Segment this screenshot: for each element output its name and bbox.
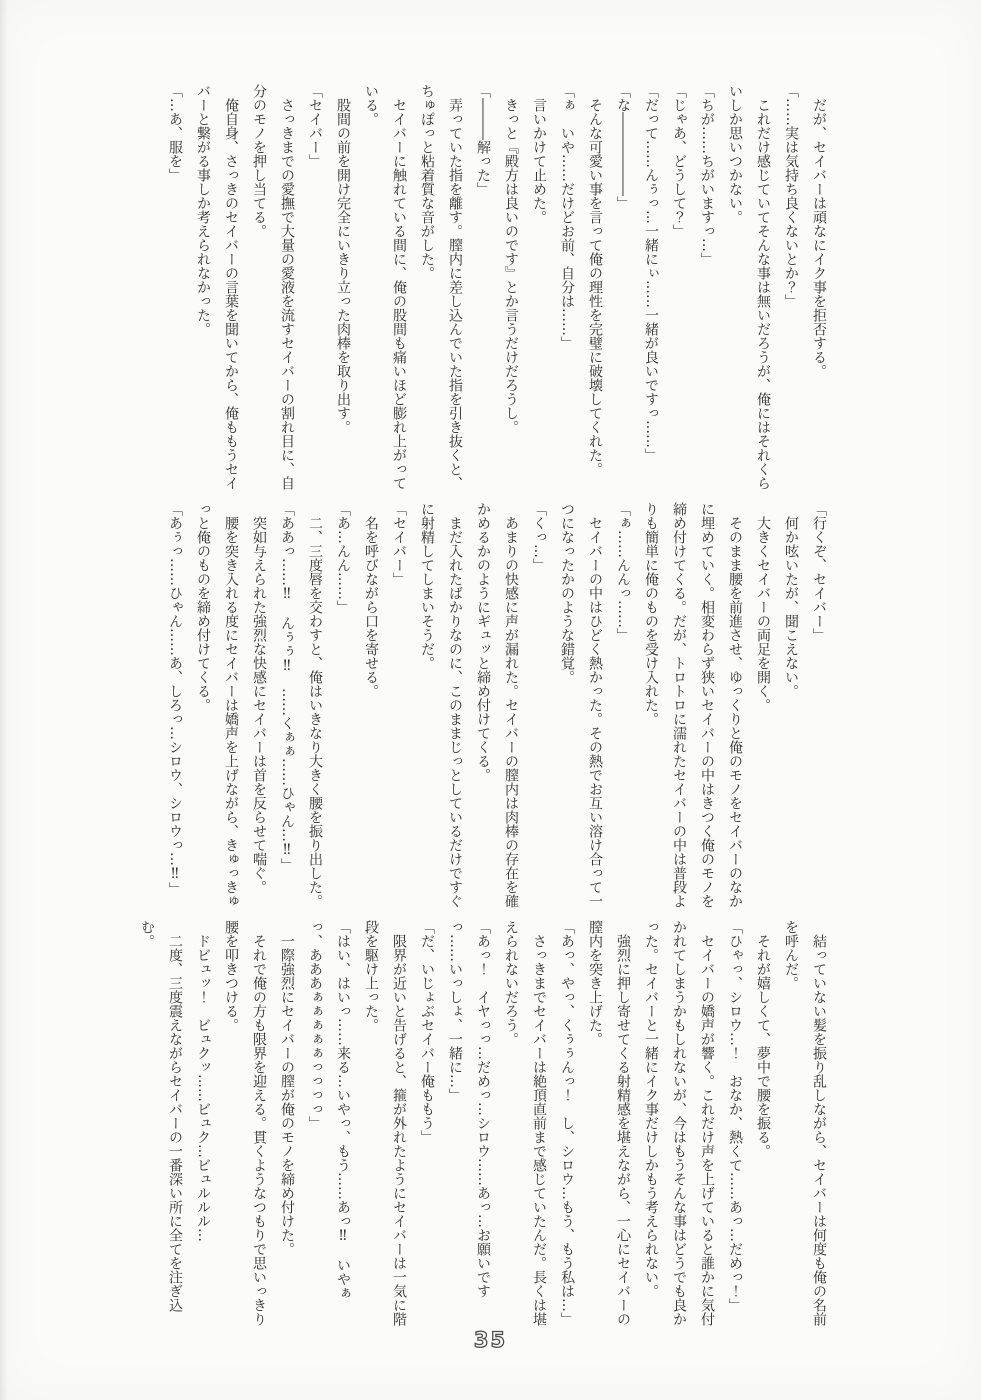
paragraph: これだけ感じていてそんな事は無いだろうが、俺にはそれくらいしか思いつかない。 <box>721 84 777 490</box>
paragraph: 二度、三度震えながらセイバーの一番深い所に全てを注ぎ込む。 <box>133 920 189 1326</box>
paragraph: 「あっ、やっ、くぅぅんっ！ し、シロウ…もう、もう私は…」 <box>553 920 581 1326</box>
page-number: 35 <box>0 1328 981 1352</box>
paragraph: さっきまでセイバーは絶頂直前まで感じていたんだ。長くは堪えられないだろう。 <box>497 920 553 1326</box>
paragraph: 「あっ！ イヤっっ…だめっ…シロウ……あっ…お願いですっ……いっしょ、一緒に…」 <box>441 920 497 1326</box>
paragraph: 「くっ…」 <box>525 502 553 908</box>
paragraph: そんな可愛い事を言って俺の理性を完璧に破壊してくれた。 <box>581 84 609 490</box>
paragraph: それが嬉しくて、夢中で腰を振る。 <box>749 920 777 1326</box>
text-band-top: だが、セイバーは頑なにイク事を拒否する。 「……実は気持ち良くないとか？」 これ… <box>161 84 833 490</box>
paragraph: 「ぁ……んんっ……」 <box>609 502 637 908</box>
paragraph: 「あぅっ……ひゃん……あ、しろっ…シロウ、シロウっ…‼」 <box>161 502 189 908</box>
paragraph: 一際強烈にセイバーの膣が俺のモノを締め付けた。 <box>273 920 301 1326</box>
paragraph: 「あ…んん……」 <box>329 502 357 908</box>
paragraph: セイバーの中はひどく熱かった。その熱でお互い溶け合って一つになったかのような錯覚… <box>553 502 609 908</box>
paragraph: 限界が近いと告げると、箍が外れたようにセイバーは一気に階段を駆け上った。 <box>357 920 413 1326</box>
paragraph: 股間の前を開け完全にいきり立った肉棒を取り出す。 <box>329 84 357 490</box>
paragraph: 腰を突き入れる度にセイバーは嬌声を上げながら、きゅっきゅっと俺のものを締め付けて… <box>189 502 245 908</box>
paragraph: 「だって……んぅっ…一緒にぃ……一緒が良いですっ……」 <box>637 84 665 490</box>
paragraph: 「―――解った」 <box>469 84 497 490</box>
paragraph: 名を呼びながら口を寄せる。 <box>357 502 385 908</box>
paragraph: 「はい、はいっ……来る…いやっ、もう……あっ‼ いやぁっ、あああぁぁぁぁぁっっっ… <box>301 920 357 1326</box>
paragraph: 「な――――――」 <box>609 84 637 490</box>
paragraph: 「……実は気持ち良くないとか？」 <box>777 84 805 490</box>
paragraph: 大きくセイバーの両足を開く。 <box>749 502 777 908</box>
paragraph: 「ひゃっ、シロウ…！ おなか、熱くて……あっ…だめっ！」 <box>721 920 749 1326</box>
paragraph: 「ちが……ちがいますっ…」 <box>693 84 721 490</box>
paragraph: 結っていない髪を振り乱しながら、セイバーは何度も俺の名前を呼んだ。 <box>777 920 833 1326</box>
paragraph: 「…あ、服を」 <box>161 84 189 490</box>
paragraph: だが、セイバーは頑なにイク事を拒否する。 <box>805 84 833 490</box>
scanned-page: だが、セイバーは頑なにイク事を拒否する。 「……実は気持ち良くないとか？」 これ… <box>0 0 981 1400</box>
paragraph: 「行くぞ、セイバー」 <box>805 502 833 908</box>
paragraph: ドビュッ！ ビュクッ……ビュク…ビュルルル… <box>189 920 217 1326</box>
paragraph: そのまま腰を前進させ、ゆっくりと俺のモノをセイバーのなかに埋めていく。相変わらず… <box>637 502 749 908</box>
paragraph: さっきまでの愛撫で大量の愛液を流すセイバーの割れ目に、自分のモノを押し当てる。 <box>245 84 301 490</box>
paragraph: 言いかけて止めた。 <box>525 84 553 490</box>
paragraph: 「ぁ いや……だけどお前、自分は……」 <box>553 84 581 490</box>
paragraph: きっと『殿方は良いのです』とか言うだけだろうし。 <box>497 84 525 490</box>
paragraph: 「ああっ……‼ んぅぅ‼ ……くぁぁ……ひゃん…‼」 <box>273 502 301 908</box>
text-band-middle: 「行くぞ、セイバー」 何か呟いたが、聞こえない。 大きくセイバーの両足を開く。 … <box>161 502 833 908</box>
paragraph: 強烈に押し寄せてくる射精感を堪えながら、一心にセイバーの膣内を突き上げた。 <box>581 920 637 1326</box>
paragraph: 「じゃあ、どうして？」 <box>665 84 693 490</box>
paragraph: 二、三度唇を交わすと、俺はいきなり大きく腰を振り出した。 <box>301 502 329 908</box>
paragraph: まだ入れたばかりなのに、このままじっとしているだけですぐに射精してしまいそうだ。 <box>413 502 469 908</box>
paragraph: 俺自身、さっきのセイバーの言葉を聞いてから、俺ももうセイバーと繋がる事しか考えら… <box>189 84 245 490</box>
paragraph: 何か呟いたが、聞こえない。 <box>777 502 805 908</box>
paragraph: 「セイバー」 <box>385 502 413 908</box>
paragraph: 「セイバー」 <box>301 84 329 490</box>
paragraph: あまりの快感に声が漏れた。セイバーの膣内は肉棒の存在を確かめるかのようにギュッと… <box>469 502 525 908</box>
paragraph: セイバーに触れている間に、俺の股間も痛いほど膨れ上がっている。 <box>357 84 413 490</box>
text-band-bottom: 結っていない髪を振り乱しながら、セイバーは何度も俺の名前を呼んだ。 それが嬉しく… <box>133 920 833 1326</box>
paragraph: 「だ、いじょぶセイバー俺ももう」 <box>413 920 441 1326</box>
paragraph: 突如与えられた強烈な快感にセイバーは首を反らせて喘ぐ。 <box>245 502 273 908</box>
paragraph: それで俺の方も限界を迎える。貫くようなつもりで思いっきり腰を叩きつける。 <box>217 920 273 1326</box>
paragraph: セイバーの嬌声が響く。これだけ声を上げていると誰かに気付かれてしまうかもしれない… <box>637 920 721 1326</box>
paragraph: 弄っていた指を離す。膣内に差し込んでいた指を引き抜くと、ちゅぽっと粘着質な音がし… <box>413 84 469 490</box>
